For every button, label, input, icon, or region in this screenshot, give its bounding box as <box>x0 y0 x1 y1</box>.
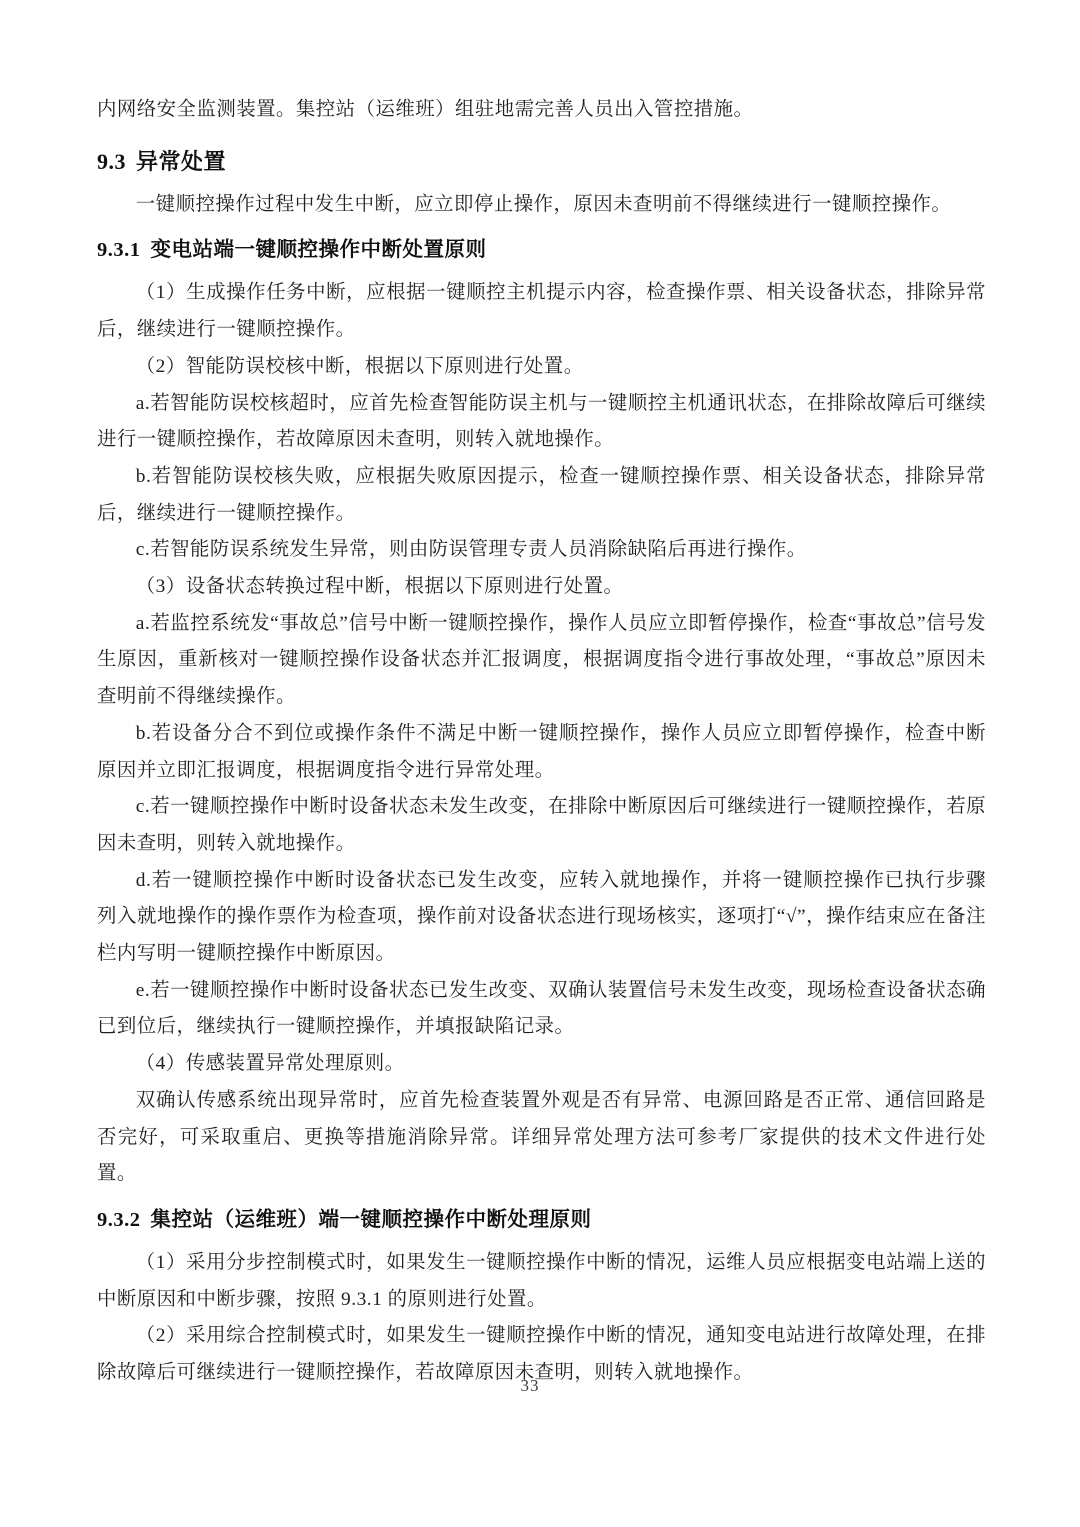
paragraph: （4）传感装置异常处理原则。 <box>97 1046 986 1083</box>
heading-title: 集控站（运维班）端一键顺控操作中断处理原则 <box>151 1208 592 1231</box>
subsection-heading: 9.3.2集控站（运维班）端一键顺控操作中断处理原则 <box>97 1205 986 1235</box>
document-body: 内网络安全监测装置。集控站（运维班）组驻地需完善人员出入管控措施。9.3异常处置… <box>97 92 986 1392</box>
document-page: 内网络安全监测装置。集控站（运维班）组驻地需完善人员出入管控措施。9.3异常处置… <box>0 0 1080 1527</box>
paragraph: a.若智能防误校核超时，应首先检查智能防误主机与一键顺控主机通讯状态，在排除故障… <box>97 386 986 459</box>
heading-number: 9.3.1 <box>97 239 141 261</box>
section-heading: 9.3异常处置 <box>97 147 986 177</box>
paragraph: （3）设备状态转换过程中断，根据以下原则进行处置。 <box>97 569 986 606</box>
heading-number: 9.3.2 <box>97 1209 141 1231</box>
heading-title: 异常处置 <box>136 149 226 174</box>
paragraph: 一键顺控操作过程中发生中断，应立即停止操作，原因未查明前不得继续进行一键顺控操作… <box>97 187 986 224</box>
page-number: 33 <box>0 1376 1060 1396</box>
paragraph: d.若一键顺控操作中断时设备状态已发生改变，应转入就地操作，并将一键顺控操作已执… <box>97 863 986 973</box>
paragraph: e.若一键顺控操作中断时设备状态已发生改变、双确认装置信号未发生改变，现场检查设… <box>97 973 986 1046</box>
paragraph: （1）采用分步控制模式时，如果发生一键顺控操作中断的情况，运维人员应根据变电站端… <box>97 1245 986 1318</box>
paragraph: b.若设备分合不到位或操作条件不满足中断一键顺控操作，操作人员应立即暂停操作，检… <box>97 716 986 789</box>
paragraph: c.若一键顺控操作中断时设备状态未发生改变，在排除中断原因后可继续进行一键顺控操… <box>97 789 986 862</box>
paragraph: b.若智能防误校核失败，应根据失败原因提示，检查一键顺控操作票、相关设备状态，排… <box>97 459 986 532</box>
heading-number: 9.3 <box>97 149 126 174</box>
paragraph: （2）智能防误校核中断，根据以下原则进行处置。 <box>97 349 986 386</box>
paragraph: a.若监控系统发“事故总”信号中断一键顺控操作，操作人员应立即暂停操作，检查“事… <box>97 606 986 716</box>
paragraph: c.若智能防误系统发生异常，则由防误管理专责人员消除缺陷后再进行操作。 <box>97 532 986 569</box>
heading-title: 变电站端一键顺控操作中断处置原则 <box>151 238 487 261</box>
paragraph: （1）生成操作任务中断，应根据一键顺控主机提示内容，检查操作票、相关设备状态，排… <box>97 275 986 348</box>
paragraph: 双确认传感系统出现异常时，应首先检查装置外观是否有异常、电源回路是否正常、通信回… <box>97 1083 986 1193</box>
paragraph: 内网络安全监测装置。集控站（运维班）组驻地需完善人员出入管控措施。 <box>97 92 986 129</box>
subsection-heading: 9.3.1变电站端一键顺控操作中断处置原则 <box>97 235 986 265</box>
